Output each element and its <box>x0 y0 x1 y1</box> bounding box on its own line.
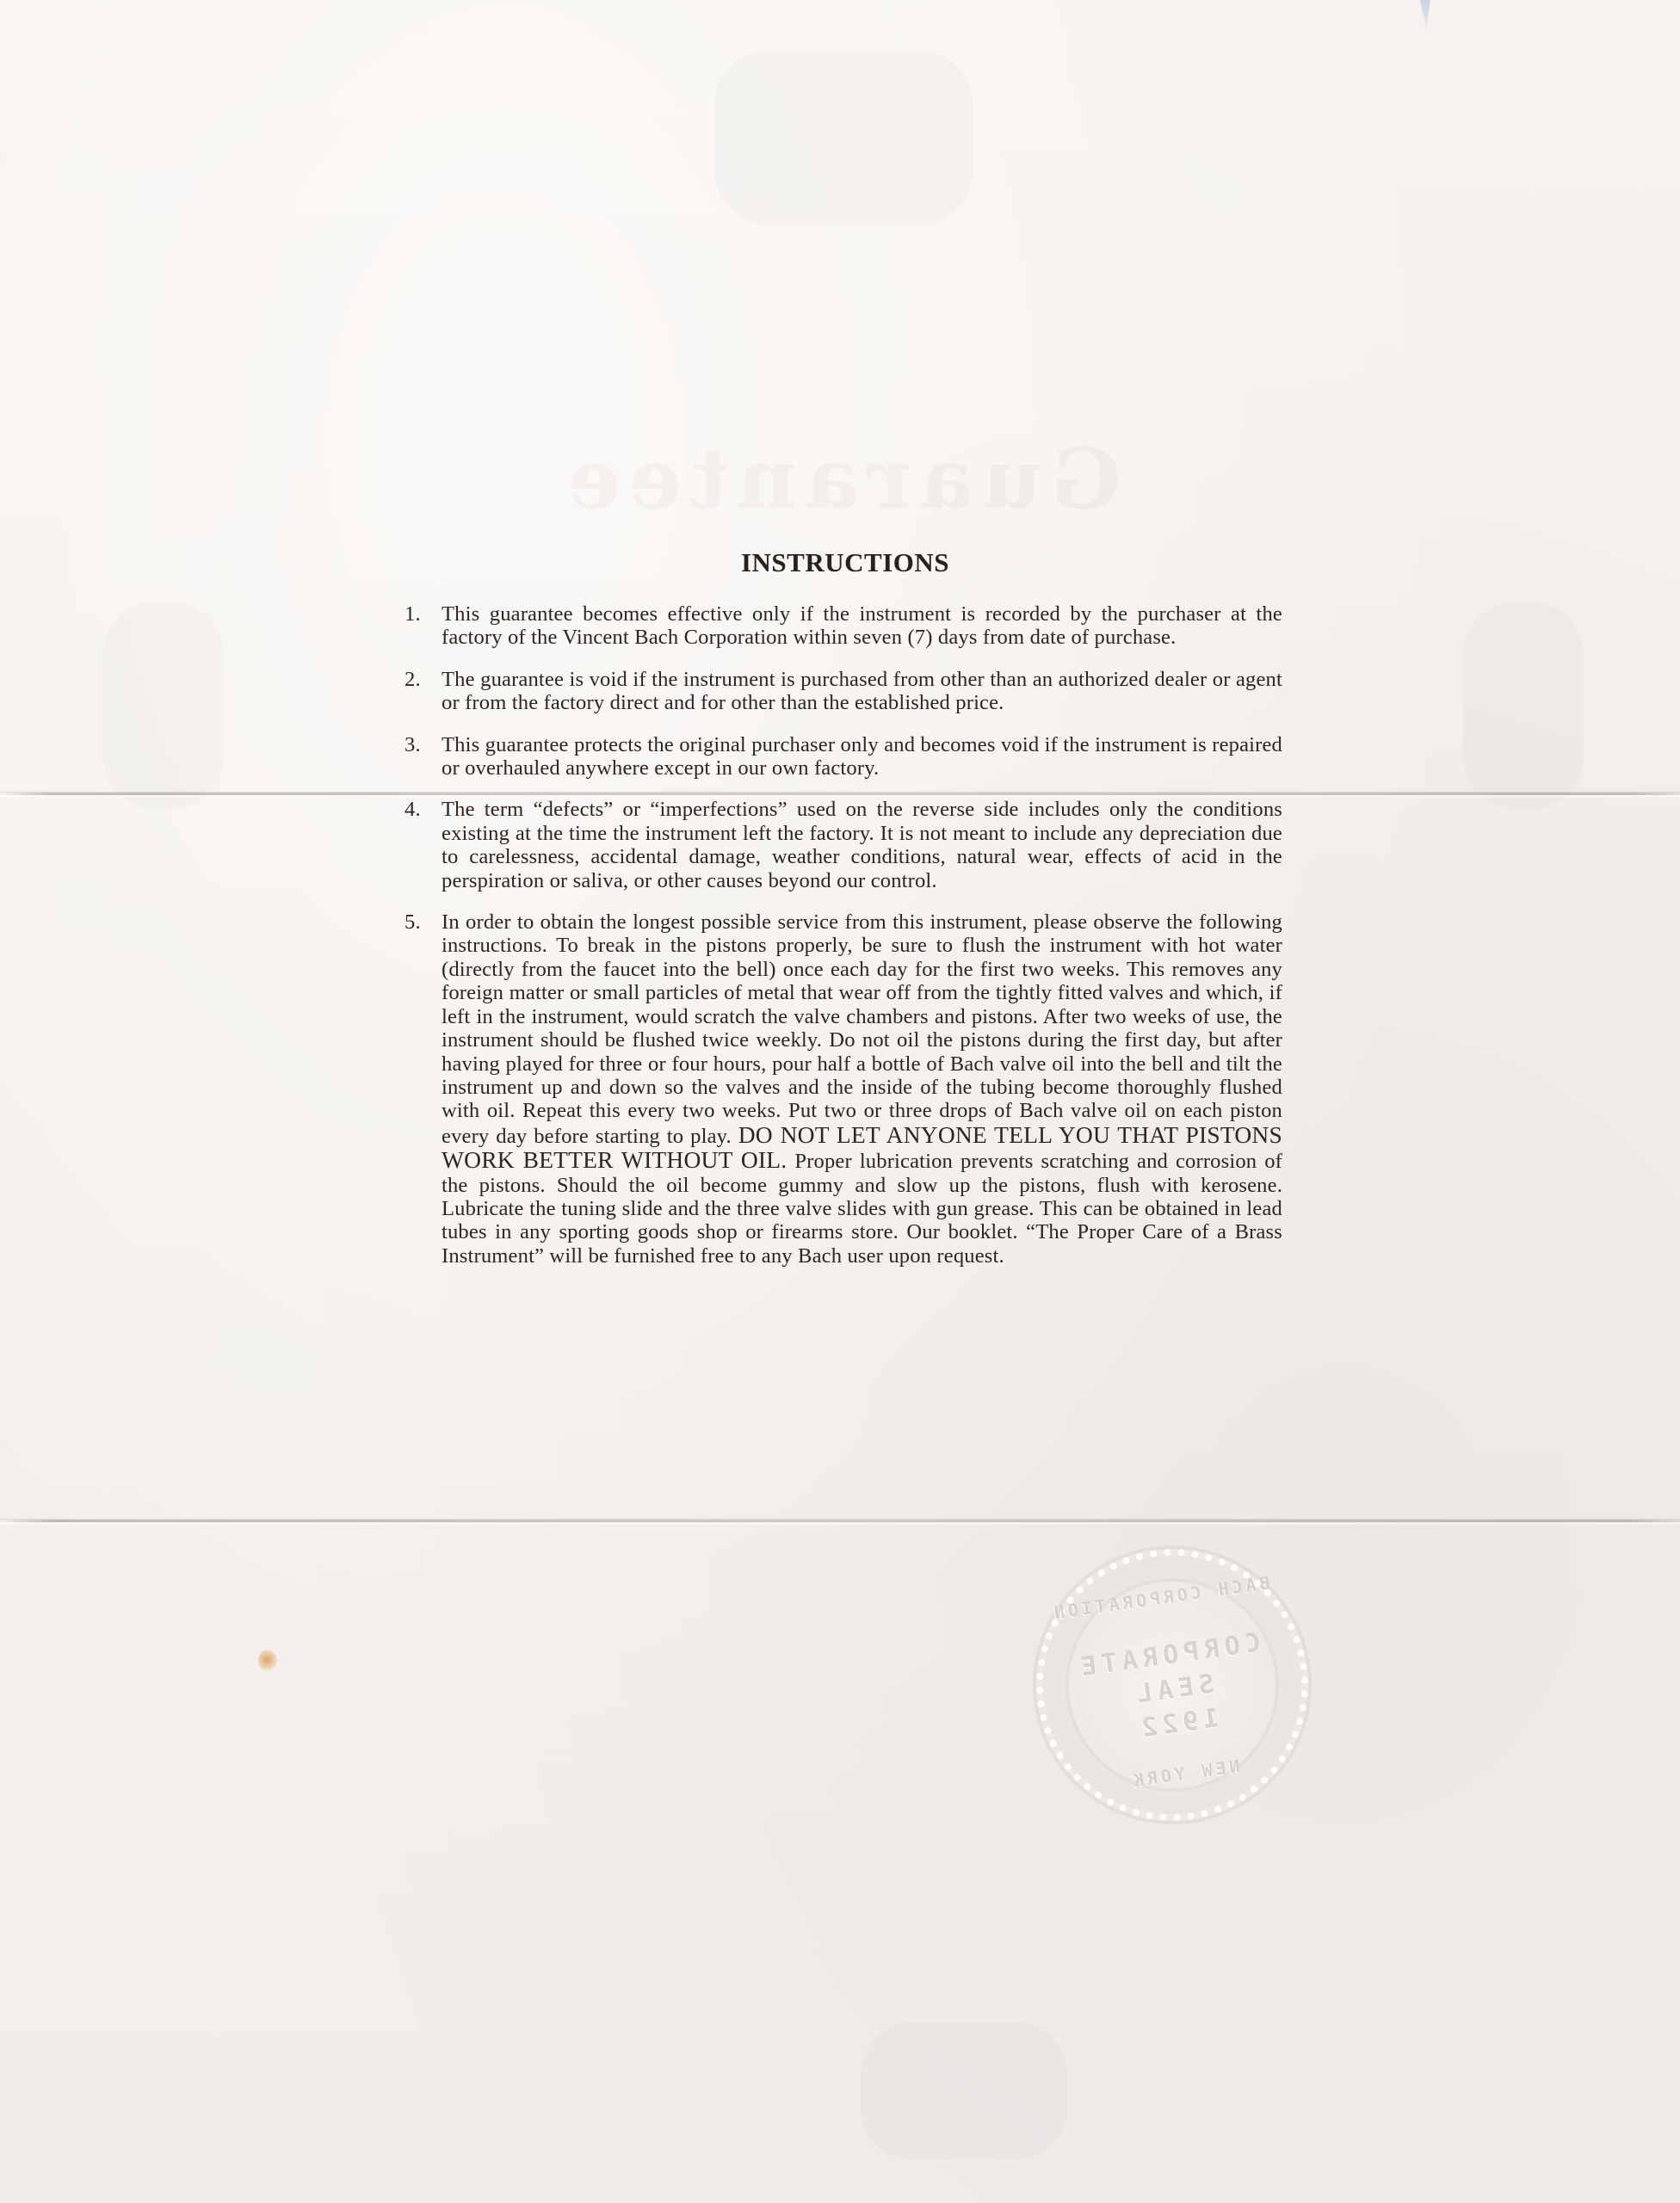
item-text: This guarantee becomes effective only if… <box>442 602 1282 649</box>
seal-center-text: CORPORATE SEAL 1922 <box>1038 1621 1308 1760</box>
document-page: Guarantee INSTRUCTIONS 1. This guarantee… <box>0 0 1680 2203</box>
item-text: The term “defects” or “imperfections” us… <box>442 798 1282 892</box>
embossed-corporate-seal: BACH CORPORATION CORPORATE SEAL 1922 NEW… <box>1019 1532 1326 1839</box>
item-number: 3. <box>405 733 421 756</box>
item-number: 2. <box>405 668 421 691</box>
instruction-item-5: 5. In order to obtain the longest possib… <box>401 910 1282 1268</box>
instruction-item-3: 3. This guarantee protects the original … <box>401 733 1282 781</box>
instructions-heading: INSTRUCTIONS <box>401 547 1282 578</box>
show-through-mark-right <box>1463 602 1584 809</box>
show-through-ornament-bottom <box>861 2022 1067 2160</box>
show-through-ornament <box>714 52 973 224</box>
paper-fleck <box>1420 0 1430 29</box>
fold-crease-lower <box>0 1520 1680 1522</box>
item-text: The guarantee is void if the instrument … <box>442 668 1282 714</box>
item-text: This guarantee protects the original pur… <box>442 733 1282 780</box>
instruction-item-1: 1. This guarantee becomes effective only… <box>401 602 1282 650</box>
show-through-mark-left <box>103 602 224 809</box>
item-number: 4. <box>405 798 421 821</box>
instruction-item-2: 2. The guarantee is void if the instrume… <box>401 668 1282 715</box>
item-number: 5. <box>405 910 421 934</box>
item-number: 1. <box>405 602 421 626</box>
item-text: In order to obtain the longest possible … <box>442 910 1282 1148</box>
instruction-item-4: 4. The term “defects” or “imperfections”… <box>401 798 1282 892</box>
seal-ring-text-top: BACH CORPORATION <box>1031 1570 1289 1626</box>
instructions-section: INSTRUCTIONS 1. This guarantee becomes e… <box>401 547 1282 1286</box>
seal-ring-text-bottom: NEW YORK <box>1055 1745 1313 1802</box>
rust-stain <box>258 1650 277 1672</box>
show-through-title: Guarantee <box>0 430 1680 528</box>
